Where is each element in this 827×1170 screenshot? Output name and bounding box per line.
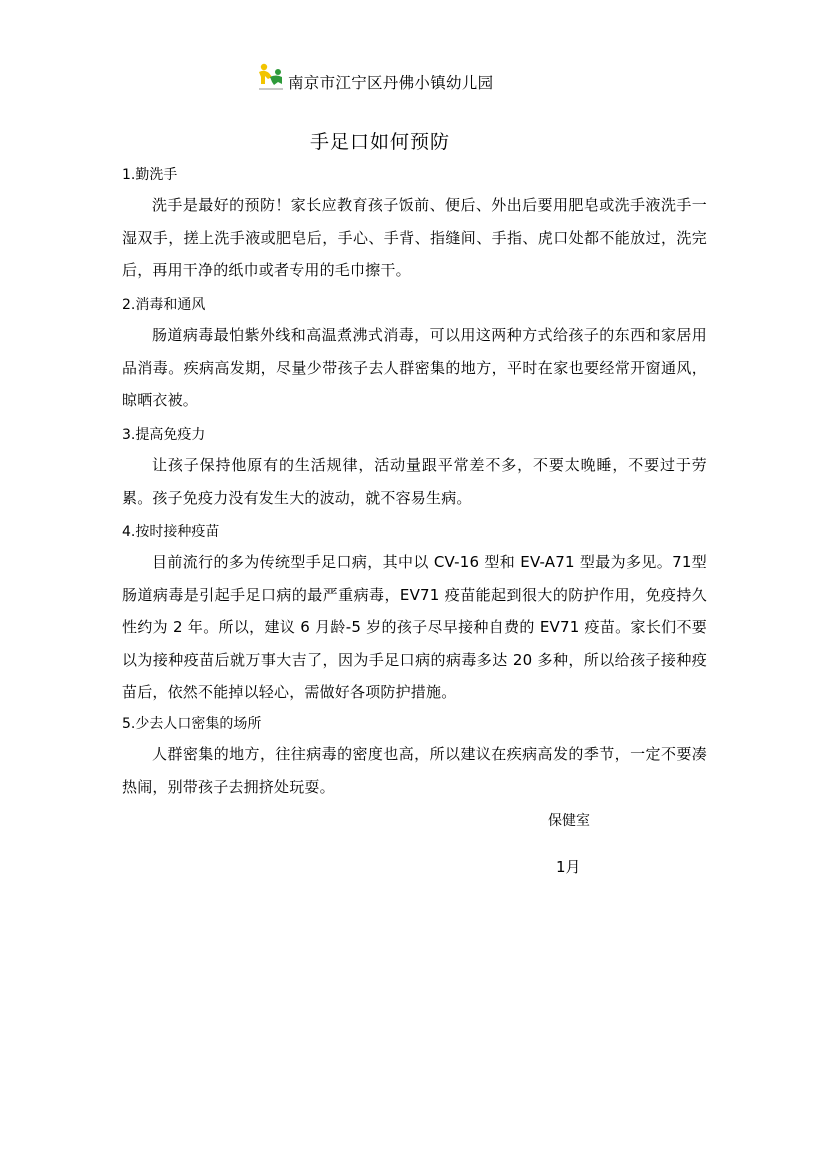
section-body: 让孩子保持他原有的生活规律，活动量跟平常差不多，不要太晚睡，不要过于劳累。孩子免… <box>122 449 707 514</box>
section-disinfection: 2.消毒和通风 肠道病毒最怕紫外线和高温煮沸式消毒，可以用这两种方式给孩子的东西… <box>122 295 707 417</box>
kindergarten-logo-icon <box>256 62 286 92</box>
section-crowds: 5.少去人口密集的场所 人群密集的地方，往往病毒的密度也高，所以建议在疾病高发的… <box>122 714 707 803</box>
section-body: 洗手是最好的预防！家长应教育孩子饭前、便后、外出后要用肥皂或洗手液洗手一湿双手，… <box>122 189 707 287</box>
section-heading: 1.勤洗手 <box>122 165 707 185</box>
signature-date: 1月 <box>556 856 581 877</box>
section-vaccination: 4.按时接种疫苗 目前流行的多为传统型手足口病，其中以 CV-16 型和 EV-… <box>122 522 707 709</box>
document-page: 南京市江宁区丹佛小镇幼儿园 手足口如何预防 1.勤洗手 洗手是最好的预防！家长应… <box>0 0 827 1170</box>
section-body: 肠道病毒最怕紫外线和高温煮沸式消毒，可以用这两种方式给孩子的东西和家居用品消毒。… <box>122 319 707 417</box>
section-handwashing: 1.勤洗手 洗手是最好的预防！家长应教育孩子饭前、便后、外出后要用肥皂或洗手液洗… <box>122 165 707 287</box>
section-immunity: 3.提高免疫力 让孩子保持他原有的生活规律，活动量跟平常差不多，不要太晚睡，不要… <box>122 425 707 514</box>
signature-department: 保健室 <box>548 810 590 830</box>
section-heading: 5.少去人口密集的场所 <box>122 714 707 734</box>
school-name: 南京市江宁区丹佛小镇幼儿园 <box>288 61 493 93</box>
section-heading: 4.按时接种疫苗 <box>122 522 707 542</box>
section-heading: 3.提高免疫力 <box>122 425 707 445</box>
document-title: 手足口如何预防 <box>0 127 760 154</box>
section-heading: 2.消毒和通风 <box>122 295 707 315</box>
school-header: 南京市江宁区丹佛小镇幼儿园 <box>256 60 493 94</box>
section-body: 人群密集的地方，往往病毒的密度也高，所以建议在疾病高发的季节，一定不要凑热闹，别… <box>122 738 707 803</box>
section-body: 目前流行的多为传统型手足口病，其中以 CV-16 型和 EV-A71 型最为多见… <box>122 546 707 709</box>
